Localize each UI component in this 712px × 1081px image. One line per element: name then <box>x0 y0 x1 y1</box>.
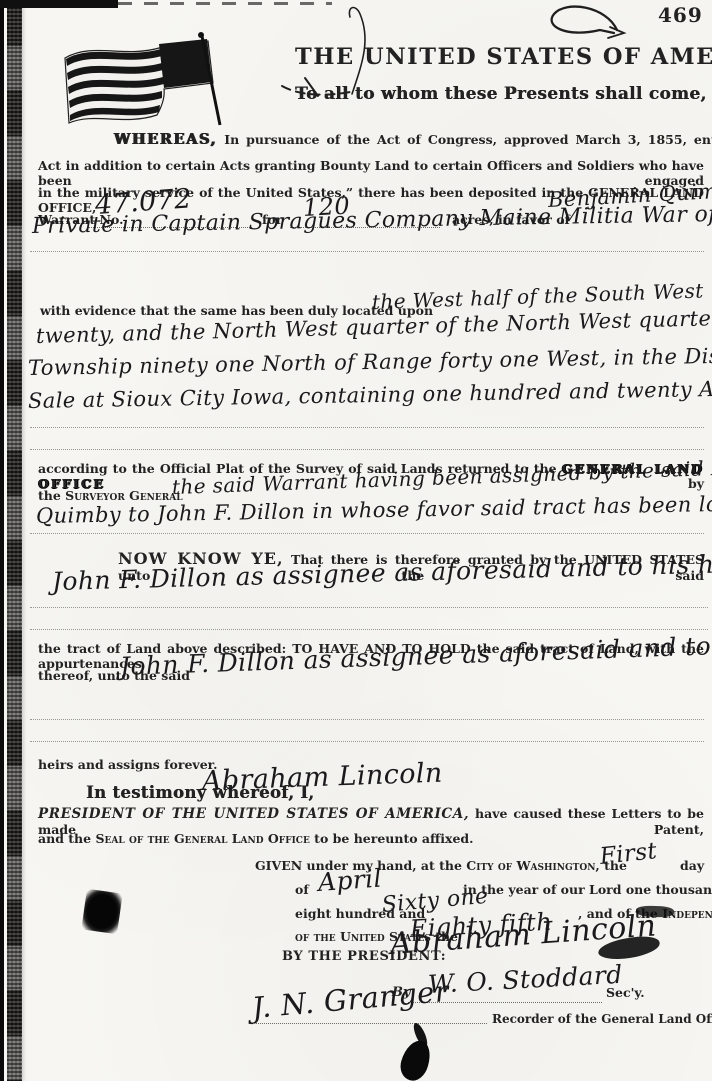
document-title: THE UNITED STATES OF AMERICA, <box>295 44 707 71</box>
ruled-line <box>30 251 704 252</box>
secretary-signature: W. O. Stoddard <box>427 962 623 997</box>
ruled-line <box>30 533 704 534</box>
ruled-line <box>30 607 708 608</box>
land-patent-document: 469 THE UNITED STATES OF AMERICA, To all… <box>0 0 712 1081</box>
given-line2-post: in the year of our Lord one thousand <box>463 882 712 897</box>
ruled-line <box>30 719 704 720</box>
located-handwritten-3: Township ninety one North of Range forty… <box>28 341 712 379</box>
president-title-caps: PRESIDENT OF THE UNITED STATES OF AMERIC… <box>38 806 469 822</box>
whereas-line2: Act in addition to certain Acts granting… <box>38 158 704 188</box>
whereas-lead: WHEREAS, <box>114 131 217 148</box>
whereas-line1: WHEREAS, In pursuance of the Act of Cong… <box>38 131 712 148</box>
ruled-line <box>30 741 704 742</box>
lincoln-name-handwritten: Abraham Lincoln <box>202 760 444 795</box>
surveyor-general-label: the Surveyor General <box>38 488 183 503</box>
ruled-line <box>30 449 704 450</box>
seal-caps: Seal of the General Land Office <box>95 831 309 846</box>
secy-label: Sec'y. <box>606 985 645 1000</box>
heirs-line: heirs and assigns forever. <box>38 757 217 772</box>
ruled-line <box>30 629 708 630</box>
ink-blot <box>397 1037 434 1081</box>
binding-texture <box>7 0 22 1081</box>
tract-assignee-handwritten: John F. Dillon as assignee as aforesaid … <box>120 632 712 679</box>
city-of-washington: City of Washington, <box>466 858 599 873</box>
recorder-signature: J. N. Granger <box>251 977 450 1023</box>
given-line1: GIVEN under my hand, at the City of Wash… <box>255 858 627 873</box>
whereas-line1-text: In pursuance of the Act of Congress, app… <box>217 132 712 147</box>
greeting-line: To all to whom these Presents shall come… <box>295 84 707 104</box>
located-handwritten-4: Sale at Sioux City Iowa, containing one … <box>28 378 712 412</box>
day-label: day <box>680 858 704 873</box>
month-handwritten: April <box>317 866 383 895</box>
testimony-line3-pre: and the <box>38 831 95 846</box>
ruled-line <box>30 427 704 428</box>
recorder-label: Recorder of the General Land Office. <box>492 1012 712 1026</box>
us-flag-image <box>62 28 220 128</box>
land-office-seal <box>81 889 122 935</box>
located-handwritten-1: the West half of the South West quarter … <box>372 273 712 312</box>
testimony-line3-post: to be hereunto affixed. <box>310 831 474 846</box>
day-handwritten: First <box>599 840 658 869</box>
page-number: 469 <box>658 3 703 27</box>
surveyor-pre: the <box>38 488 65 503</box>
recorder-signature-line <box>253 1023 487 1024</box>
testimony-line3: and the Seal of the General Land Office … <box>38 831 474 846</box>
scan-edge <box>0 0 4 1081</box>
of-label: of <box>295 882 309 897</box>
